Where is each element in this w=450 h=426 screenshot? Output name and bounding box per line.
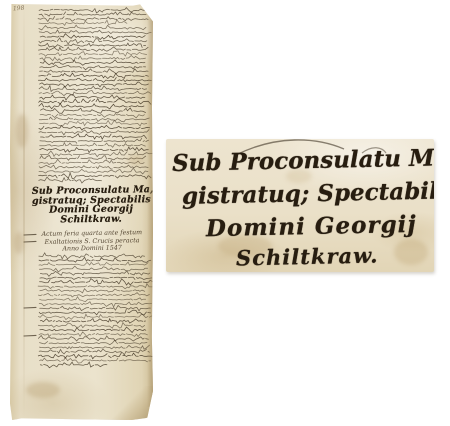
detail-heading-line: Schiltkraw.	[236, 243, 379, 271]
detail-panel: Sub Proconsulatu Ma, gistratuq; Spectabi…	[166, 139, 434, 272]
paper-stain	[26, 382, 60, 398]
manuscript-page: 198 Sub Proconsulatu Ma, gistratuq; Spec…	[10, 4, 153, 420]
scanned-manuscript: 198 Sub Proconsulatu Ma, gistratuq; Spec…	[0, 0, 450, 426]
paper-stain	[14, 232, 24, 254]
page-edge	[147, 8, 153, 407]
paper-stain	[16, 114, 28, 148]
detail-heading-line: Sub Proconsulatu Ma,	[172, 144, 434, 177]
detail-heading-line: gistratuq; Spectabilis	[182, 177, 434, 210]
paper-stain	[394, 239, 428, 265]
paper-stain	[128, 154, 144, 166]
detail-heading-line: Domini Georgij	[206, 211, 417, 242]
page-heading: Sub Proconsulatu Ma, gistratuq; Spectabi…	[32, 185, 151, 225]
page-subheading: Actum feria quarta ante festum Exaltatio…	[38, 229, 146, 254]
